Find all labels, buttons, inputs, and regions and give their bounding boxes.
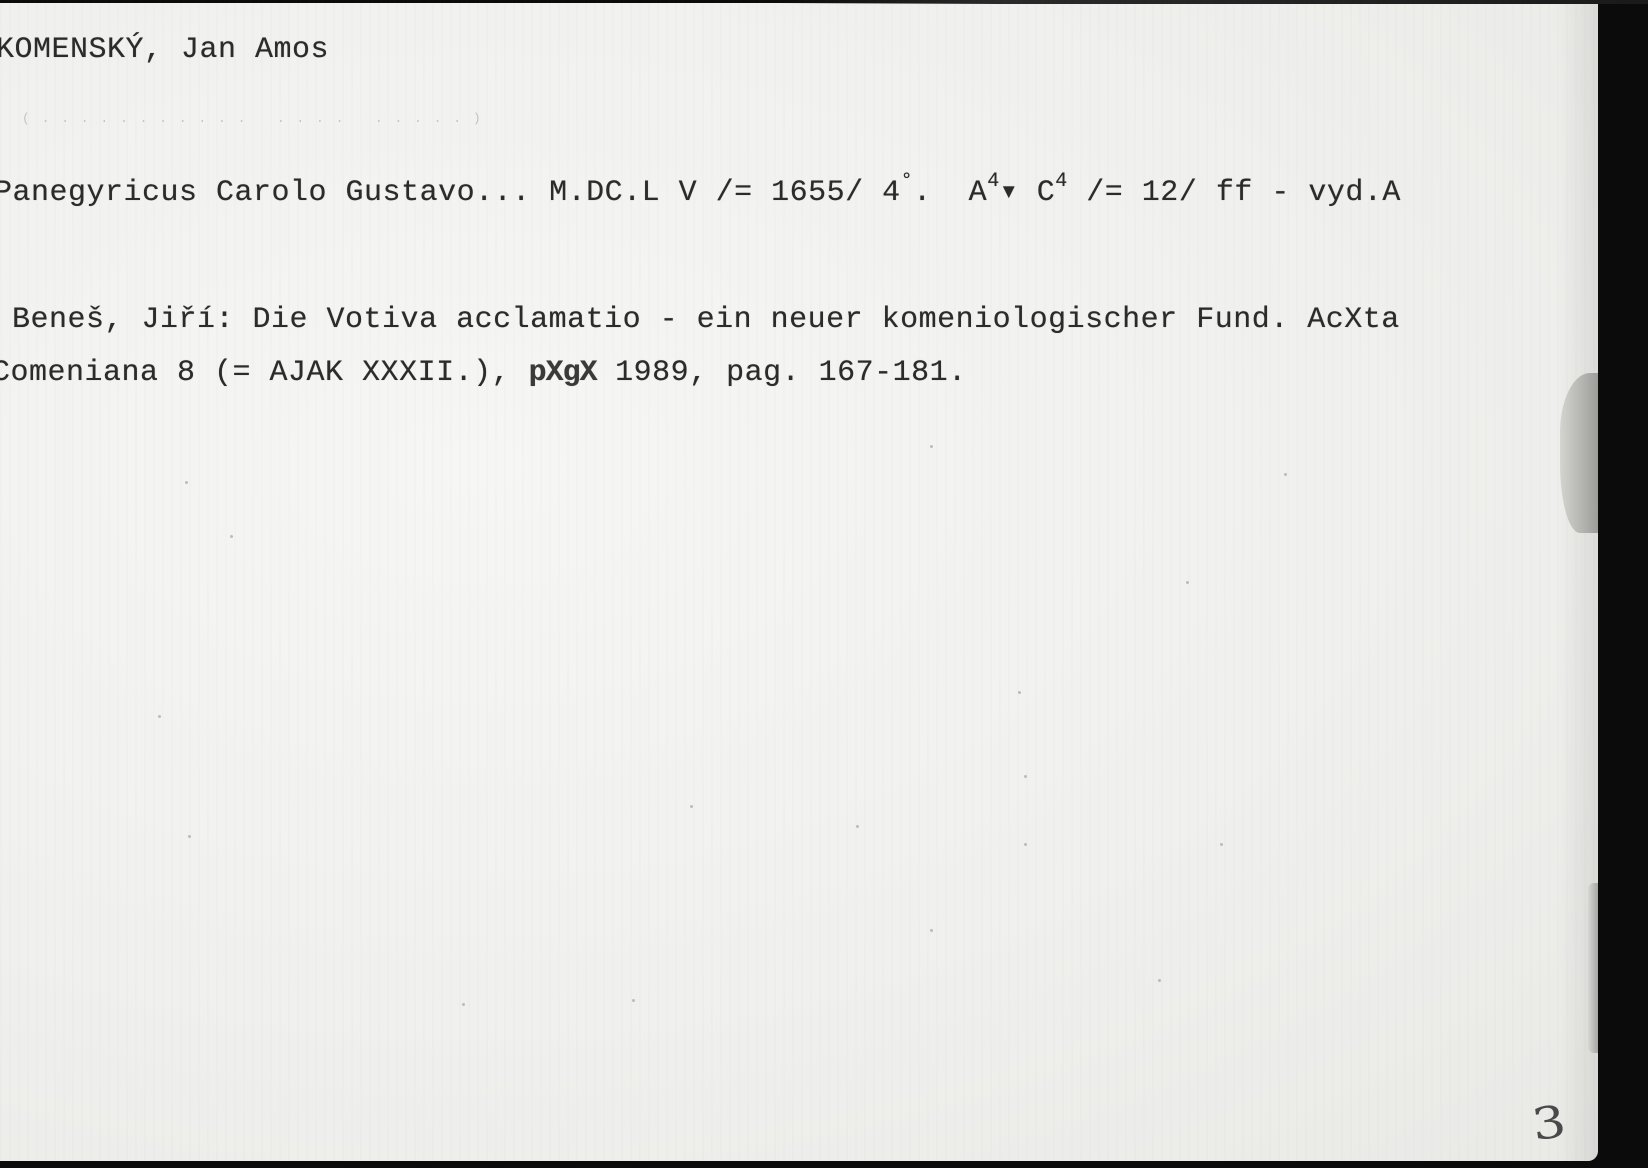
card-edge-curl (1588, 883, 1598, 1053)
reference-line-2: Comeniana 8 (= AJAK XXXII.), pXgX 1989, … (0, 356, 967, 390)
signature-separator: ▾ C (1000, 176, 1056, 210)
signature-superscript-2: 4 (1055, 170, 1068, 193)
torn-edge-patch (1560, 373, 1598, 533)
scanner-top-edge (780, 0, 1648, 4)
reference-line-1: Beneš, Jiří: Die Votiva acclamatio - ein… (12, 303, 1400, 337)
handwritten-card-number: 3 (1529, 1096, 1569, 1151)
reference-year-pages: 1989, pag. 167-181. (597, 356, 967, 390)
catalog-card: KOMENSKÝ, Jan Amos ( . . . . . . . . . .… (0, 3, 1598, 1161)
erased-text-line: ( . . . . . . . . . . . . . . . . . . . … (22, 111, 483, 126)
scanned-card-image: KOMENSKÝ, Jan Amos ( . . . . . . . . . .… (0, 0, 1648, 1168)
entry-after-format: . A (913, 176, 987, 210)
entry-collation-tail: /= 12/ ff - vyd.A (1068, 176, 1401, 210)
signature-superscript-1: 4 (987, 170, 1000, 193)
reference-journal: Comeniana 8 (= AJAK XXXII.), (0, 356, 529, 390)
struck-over-text: pXgX (529, 356, 597, 390)
format-degree-mark: ° (901, 170, 914, 193)
entry-title: Panegyricus Carolo Gustavo... M.DC.L V /… (0, 176, 901, 210)
bibliographic-entry: Panegyricus Carolo Gustavo... M.DC.L V /… (0, 173, 1401, 210)
card-heading-author: KOMENSKÝ, Jan Amos (0, 33, 329, 67)
